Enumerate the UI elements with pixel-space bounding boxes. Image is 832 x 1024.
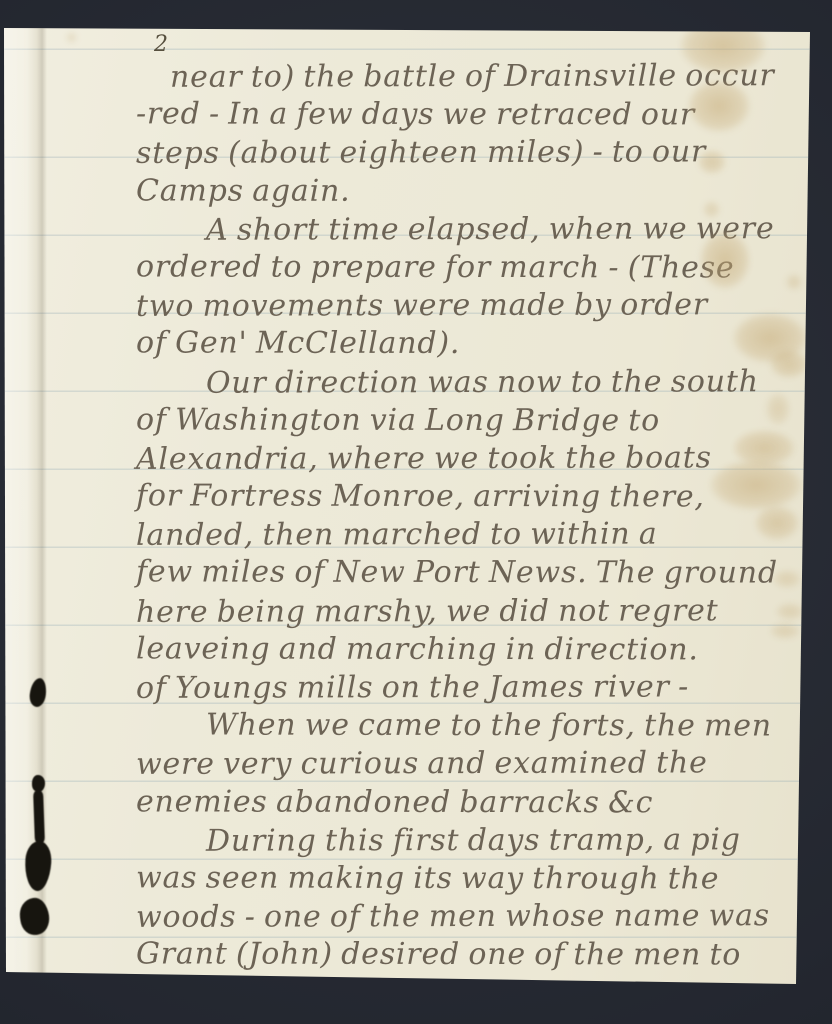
handwriting-line: enemies abandoned barracks &c: [136, 783, 808, 822]
scan-background: 2 near to) the battle of Drainsville occ…: [0, 0, 832, 1024]
handwriting-line: for Fortress Monroe, arriving there,: [136, 477, 808, 516]
handwriting-line: Alexandria, where we took the boats: [136, 439, 808, 479]
handwriting-line: here being marshy, we did not regret: [136, 592, 808, 632]
handwriting-line: of Washington via Long Bridge to: [136, 401, 808, 440]
paper-stain: [770, 350, 808, 378]
handwriting-line: woods - one of the men whose name was: [136, 897, 808, 937]
handwriting-line: of Youngs mills on the James river -: [136, 668, 808, 708]
paper-stain: [700, 231, 750, 289]
paper-stain: [688, 80, 750, 132]
paper-stain: [770, 623, 800, 639]
handwriting-line: When we came to the forts, the men: [136, 707, 808, 746]
notebook-page: 2 near to) the battle of Drainsville occ…: [4, 22, 810, 988]
handwriting-line: Our direction was now to the south: [136, 363, 808, 403]
handwriting-line: of Gen' McClelland).: [136, 325, 808, 364]
ink-blot: [33, 790, 45, 844]
handwriting-line: landed, then marched to within a: [136, 515, 808, 555]
handwriting-line: was seen making its way through the: [136, 859, 808, 898]
paper-stain: [773, 570, 801, 588]
handwriting-line: During this first days tramp, a pig: [136, 821, 808, 861]
paper-stain: [755, 506, 799, 540]
paper-stain: [776, 603, 804, 620]
paper-stain: [710, 460, 802, 510]
handwriting-line: Grant (John) desired one of the men to: [136, 936, 808, 975]
paper-stain: [680, 18, 766, 74]
handwriting-line: two movements were made by order: [136, 286, 808, 326]
handwritten-text-block: near to) the battle of Drainsville occur…: [136, 58, 808, 975]
paper-stain: [786, 274, 802, 290]
paper-stain: [703, 201, 720, 218]
page-number: 2: [154, 32, 168, 57]
handwriting-line: few miles of New Port News. The ground: [136, 554, 808, 593]
handwriting-line: leaveing and marching in direction.: [136, 630, 808, 669]
handwriting-line: were very curious and examined the: [136, 744, 808, 784]
paper-stain: [66, 32, 77, 43]
paper-stain: [766, 393, 790, 425]
paper-stain: [698, 150, 726, 174]
